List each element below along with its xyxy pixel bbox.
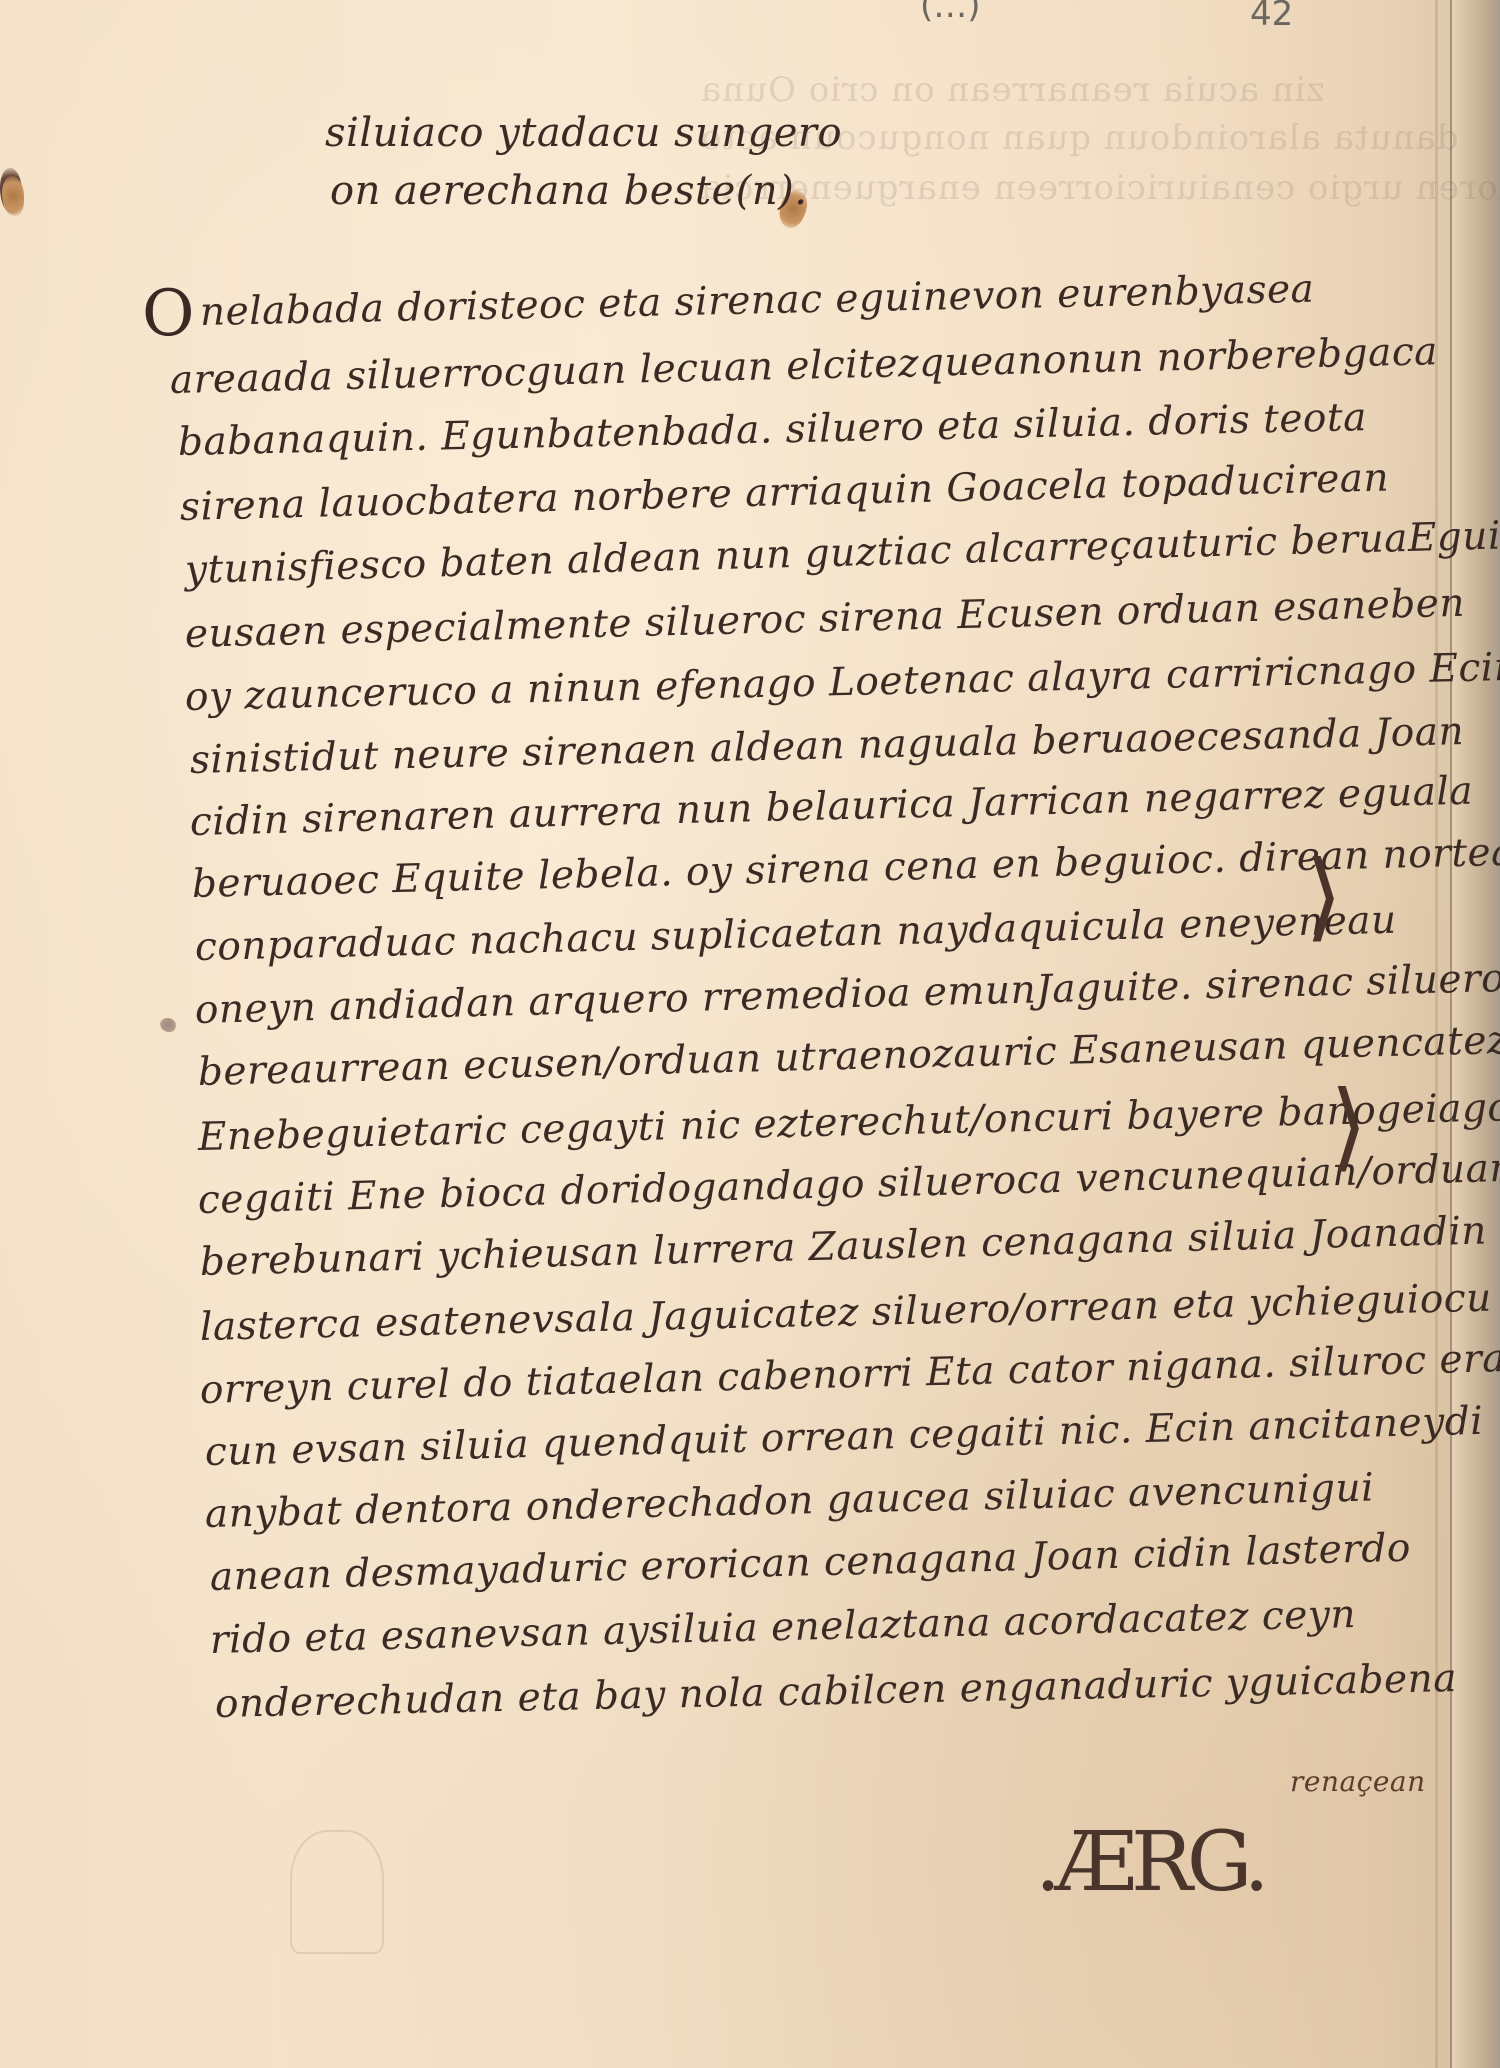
heading-line-2: on aerechana beste(n).	[330, 168, 807, 214]
body-line-11: conparaduac nachacu suplicaetan naydaqui…	[194, 898, 1397, 970]
bleed-through-text: donioren urgio cenaiuriciorreen enarguen…	[700, 168, 1500, 208]
body-line-7: oy zaunceruco a ninun efenago Loetenac a…	[184, 645, 1500, 720]
body-line-12: oneyn andiadan arquero rremedioa emunJag…	[194, 956, 1500, 1033]
folio-number: 42	[1250, 0, 1293, 34]
body-line-19: cun evsan siluia quendquit orrean cegait…	[204, 1399, 1483, 1475]
body-line-14: Enebeguietaric cegayti nic ezterechut/on…	[197, 1085, 1500, 1160]
body-line-2: areaada siluerrocguan lecuan elcitezquea…	[169, 329, 1438, 403]
bleed-through-sketch	[290, 1830, 384, 1954]
body-line-18: orreyn curel do tiataelan cabenorri Eta …	[199, 1335, 1500, 1413]
body-line-23: onderechudan eta bay nola cabilcen engan…	[215, 1656, 1458, 1727]
closing-monogram: .ÆRG.	[1035, 1815, 1264, 1910]
body-line-3: babanaquin. Egunbatenbada. siluero eta s…	[178, 395, 1368, 465]
body-line-13: bereaurrean ecusen/orduan utraenozauric …	[197, 1018, 1500, 1095]
body-line-9: cidin sirenaren aurrera nun belaurica Ja…	[189, 769, 1473, 845]
body-line-21: anean desmayaduric erorican cenagana Joa…	[209, 1526, 1411, 1600]
rust-stain	[2, 176, 24, 216]
body-line-8: sinistidut neure sirenaen aldean naguala…	[189, 709, 1464, 783]
body-line-17: lasterca esatenevsala Jaguicatez siluero…	[199, 1276, 1492, 1350]
manuscript-page: zin acuia reanarrean on crio Ouna danuta…	[0, 0, 1500, 2068]
body-line-6: eusaen especialmente silueroc sirena Ecu…	[184, 581, 1465, 657]
marginal-addition: renaçean	[1290, 1765, 1426, 1798]
body-line-1: nelabada doristeoc eta sirenac eguinevon…	[200, 267, 1315, 335]
initial-letter: O	[142, 282, 195, 346]
ink-stain	[160, 1018, 176, 1032]
body-line-22: rido eta esanevsan aysiluia enelaztana a…	[209, 1592, 1356, 1663]
bleed-through-text: zin acuia reanarrean on crio Ouna	[700, 70, 1325, 110]
heading-line-1: siluiaco ytadacu sungero	[325, 110, 842, 156]
body-line-4: sirena lauocbatera norbere arriaquin Goa…	[179, 455, 1389, 530]
body-line-16: berebunari ychieusan lurrera Zauslen cen…	[199, 1209, 1487, 1285]
correction-bracket: ⟩	[1330, 1070, 1367, 1182]
body-line-15: cegaiti Ene bioca doridogandago silueroc…	[197, 1146, 1500, 1223]
top-fragment: (…)	[920, 0, 981, 26]
correction-bracket: ⟩	[1305, 840, 1342, 952]
body-line-20: anybat dentora onderechadon gaucea silui…	[204, 1465, 1374, 1537]
